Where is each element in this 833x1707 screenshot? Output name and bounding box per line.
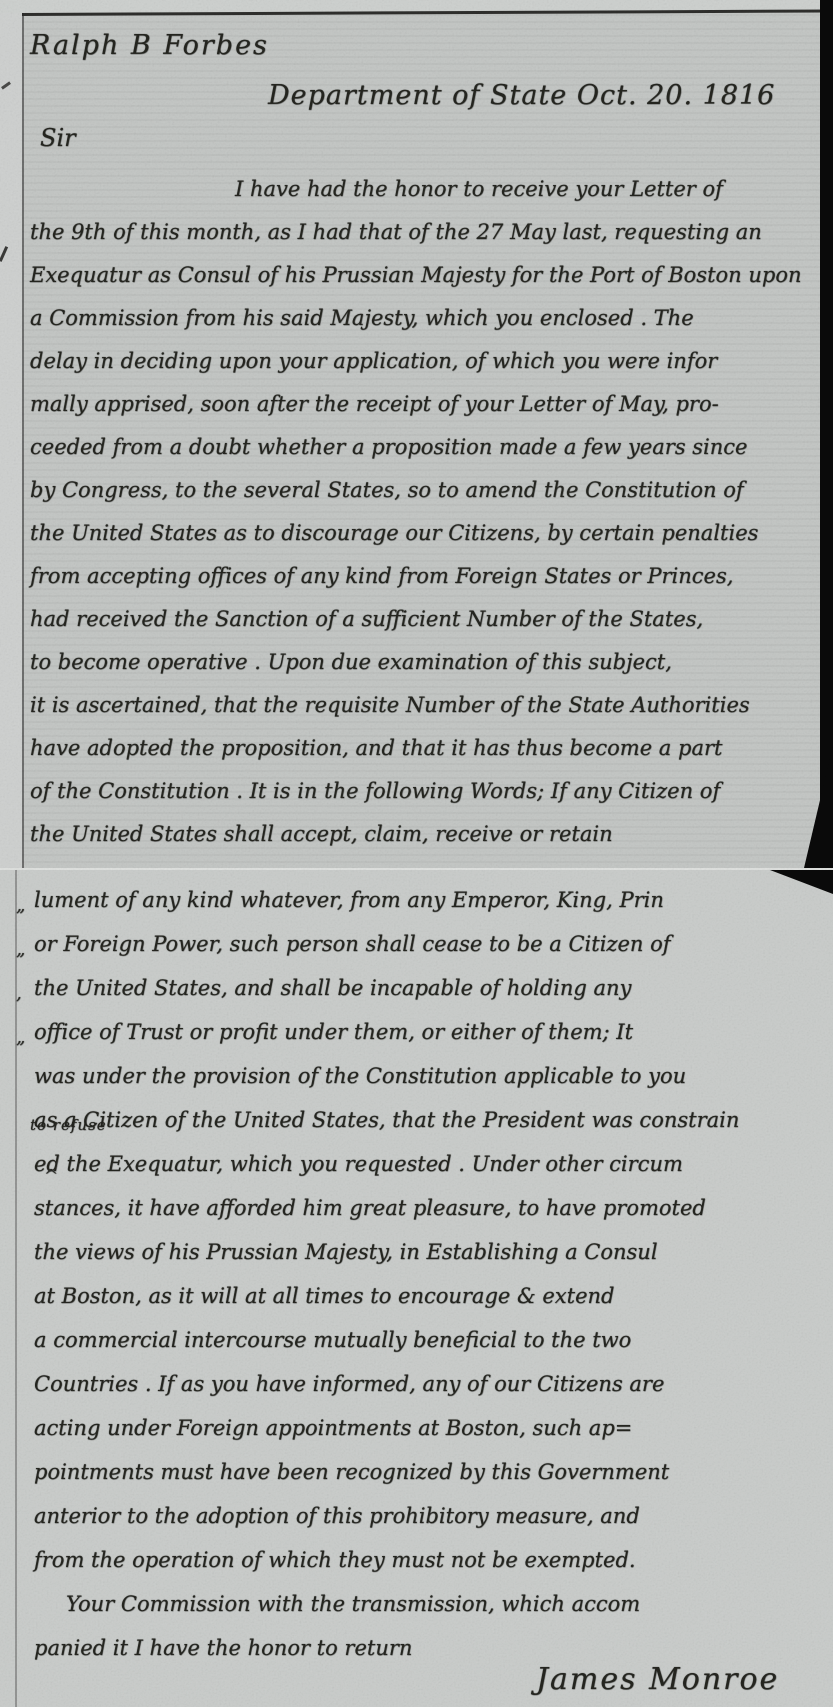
line-text: the United States shall accept, claim, r… xyxy=(30,822,613,846)
manuscript-line: Exequatur as Consul of his Prussian Maje… xyxy=(30,254,817,297)
line-text: the 9th of this month, as I had that of … xyxy=(30,220,762,244)
quote-margin-mark: „ xyxy=(16,1016,25,1060)
line-text: from the operation of which they must no… xyxy=(34,1548,636,1572)
line-text: of the Constitution . It is in the follo… xyxy=(30,779,720,803)
line-text: was under the provision of the Constitut… xyxy=(34,1064,686,1088)
manuscript-line: anterior to the adoption of this prohibi… xyxy=(34,1494,825,1538)
quote-margin-mark: , xyxy=(16,972,22,1016)
line-text: a Commission from his said Majesty, whic… xyxy=(30,306,694,330)
manuscript-line: „or Foreign Power, such person shall cea… xyxy=(34,922,825,966)
scan-black-band xyxy=(820,0,833,868)
salutation: Sir xyxy=(40,124,76,152)
manuscript-line: to become operative . Upon due examinati… xyxy=(30,641,817,684)
manuscript-line: „office of Trust or profit under them, o… xyxy=(34,1010,825,1054)
line-text: the views of his Prussian Majesty, in Es… xyxy=(34,1240,658,1264)
line-text: had received the Sanction of a sufficien… xyxy=(30,607,703,631)
line-text: or Foreign Power, such person shall ceas… xyxy=(34,932,671,956)
line-text: pointments must have been recognized by … xyxy=(34,1460,669,1484)
manuscript-line: was under the provision of the Constitut… xyxy=(34,1054,825,1098)
manuscript-line: the views of his Prussian Majesty, in Es… xyxy=(34,1230,825,1274)
line-text: lument of any kind whatever, from any Em… xyxy=(34,888,664,912)
line-text: it is ascertained, that the requisite Nu… xyxy=(30,693,750,717)
line-text: I have had the honor to receive your Let… xyxy=(235,177,723,201)
line-text: delay in deciding upon your application,… xyxy=(30,349,717,373)
manuscript-line: a commercial intercourse mutually benefi… xyxy=(34,1318,825,1362)
line-text: a commercial intercourse mutually benefi… xyxy=(34,1328,631,1352)
quote-margin-mark: „ xyxy=(16,928,25,972)
left-margin-area xyxy=(0,13,22,868)
page-one-body: I have had the honor to receive your Let… xyxy=(30,168,817,856)
manuscript-line: Your Commission with the transmission, w… xyxy=(34,1582,825,1626)
manuscript-line: ,the United States, and shall be incapab… xyxy=(34,966,825,1010)
line-text: anterior to the adoption of this prohibi… xyxy=(34,1504,640,1528)
manuscript-line: have adopted the proposition, and that i… xyxy=(30,727,817,770)
manuscript-line: ed the Exequatur, which you requested . … xyxy=(34,1142,825,1186)
manuscript-line: at Boston, as it will at all times to en… xyxy=(34,1274,825,1318)
line-text: Countries . If as you have informed, any… xyxy=(34,1372,664,1396)
manuscript-line: delay in deciding upon your application,… xyxy=(30,340,817,383)
line-text: the United States as to discourage our C… xyxy=(30,521,758,545)
manuscript-line: had received the Sanction of a sufficien… xyxy=(30,598,817,641)
manuscript-line: it is ascertained, that the requisite Nu… xyxy=(30,684,817,727)
line-text: the United States, and shall be incapabl… xyxy=(34,976,631,1000)
manuscript-line: Countries . If as you have informed, any… xyxy=(34,1362,825,1406)
dateline: Department of State Oct. 20. 1816 xyxy=(268,80,775,111)
page-one: Ralph B Forbes Department of State Oct. … xyxy=(0,0,833,868)
line-text: office of Trust or profit under them, or… xyxy=(34,1020,633,1044)
line-text: at Boston, as it will at all times to en… xyxy=(34,1284,614,1308)
line-text: by Congress, to the several States, so t… xyxy=(30,478,744,502)
line-text: mally apprised, soon after the receipt o… xyxy=(30,392,719,416)
manuscript-scan: Ralph B Forbes Department of State Oct. … xyxy=(0,0,833,1707)
manuscript-line: the United States shall accept, claim, r… xyxy=(30,813,817,856)
line-text: ed the Exequatur, which you requested . … xyxy=(34,1152,683,1176)
manuscript-line: acting under Foreign appointments at Bos… xyxy=(34,1406,825,1450)
quote-margin-mark: „ xyxy=(16,884,25,928)
ledger-margin-rule xyxy=(22,13,24,868)
manuscript-line: mally apprised, soon after the receipt o… xyxy=(30,383,817,426)
manuscript-line: from accepting offices of any kind from … xyxy=(30,555,817,598)
manuscript-line: stances, it have afforded him great plea… xyxy=(34,1186,825,1230)
page-two: „lument of any kind whatever, from any E… xyxy=(0,868,833,1707)
manuscript-line: the United States as to discourage our C… xyxy=(30,512,817,555)
line-text: ceeded from a doubt whether a propositio… xyxy=(30,435,747,459)
manuscript-line: by Congress, to the several States, so t… xyxy=(30,469,817,512)
line-text: stances, it have afforded him great plea… xyxy=(34,1196,706,1220)
line-text: from accepting offices of any kind from … xyxy=(30,564,733,588)
line-text: to become operative . Upon due examinati… xyxy=(30,650,672,674)
manuscript-line: pointments must have been recognized by … xyxy=(34,1450,825,1494)
insertion-caret-icon: ^ xyxy=(44,1166,58,1186)
manuscript-line: as a Citizen of the United States, that … xyxy=(34,1098,825,1142)
manuscript-line: ceeded from a doubt whether a propositio… xyxy=(30,426,817,469)
line-text: as a Citizen of the United States, that … xyxy=(34,1108,739,1132)
line-text: acting under Foreign appointments at Bos… xyxy=(34,1416,632,1440)
line-text: panied it I have the honor to return xyxy=(34,1636,412,1660)
line-text: Your Commission with the transmission, w… xyxy=(66,1592,640,1616)
manuscript-line: from the operation of which they must no… xyxy=(34,1538,825,1582)
manuscript-line: a Commission from his said Majesty, whic… xyxy=(30,297,817,340)
manuscript-line: the 9th of this month, as I had that of … xyxy=(30,211,817,254)
manuscript-line: of the Constitution . It is in the follo… xyxy=(30,770,817,813)
manuscript-line: I have had the honor to receive your Let… xyxy=(30,168,817,211)
manuscript-line: „lument of any kind whatever, from any E… xyxy=(34,878,825,922)
page-two-body: „lument of any kind whatever, from any E… xyxy=(34,878,825,1670)
line-text: have adopted the proposition, and that i… xyxy=(30,736,722,760)
interlineation-to-refuse: to refuse xyxy=(30,1116,107,1134)
signature: James Monroe xyxy=(536,1662,779,1697)
addressee-name: Ralph B Forbes xyxy=(30,30,269,61)
line-text: Exequatur as Consul of his Prussian Maje… xyxy=(30,263,801,287)
